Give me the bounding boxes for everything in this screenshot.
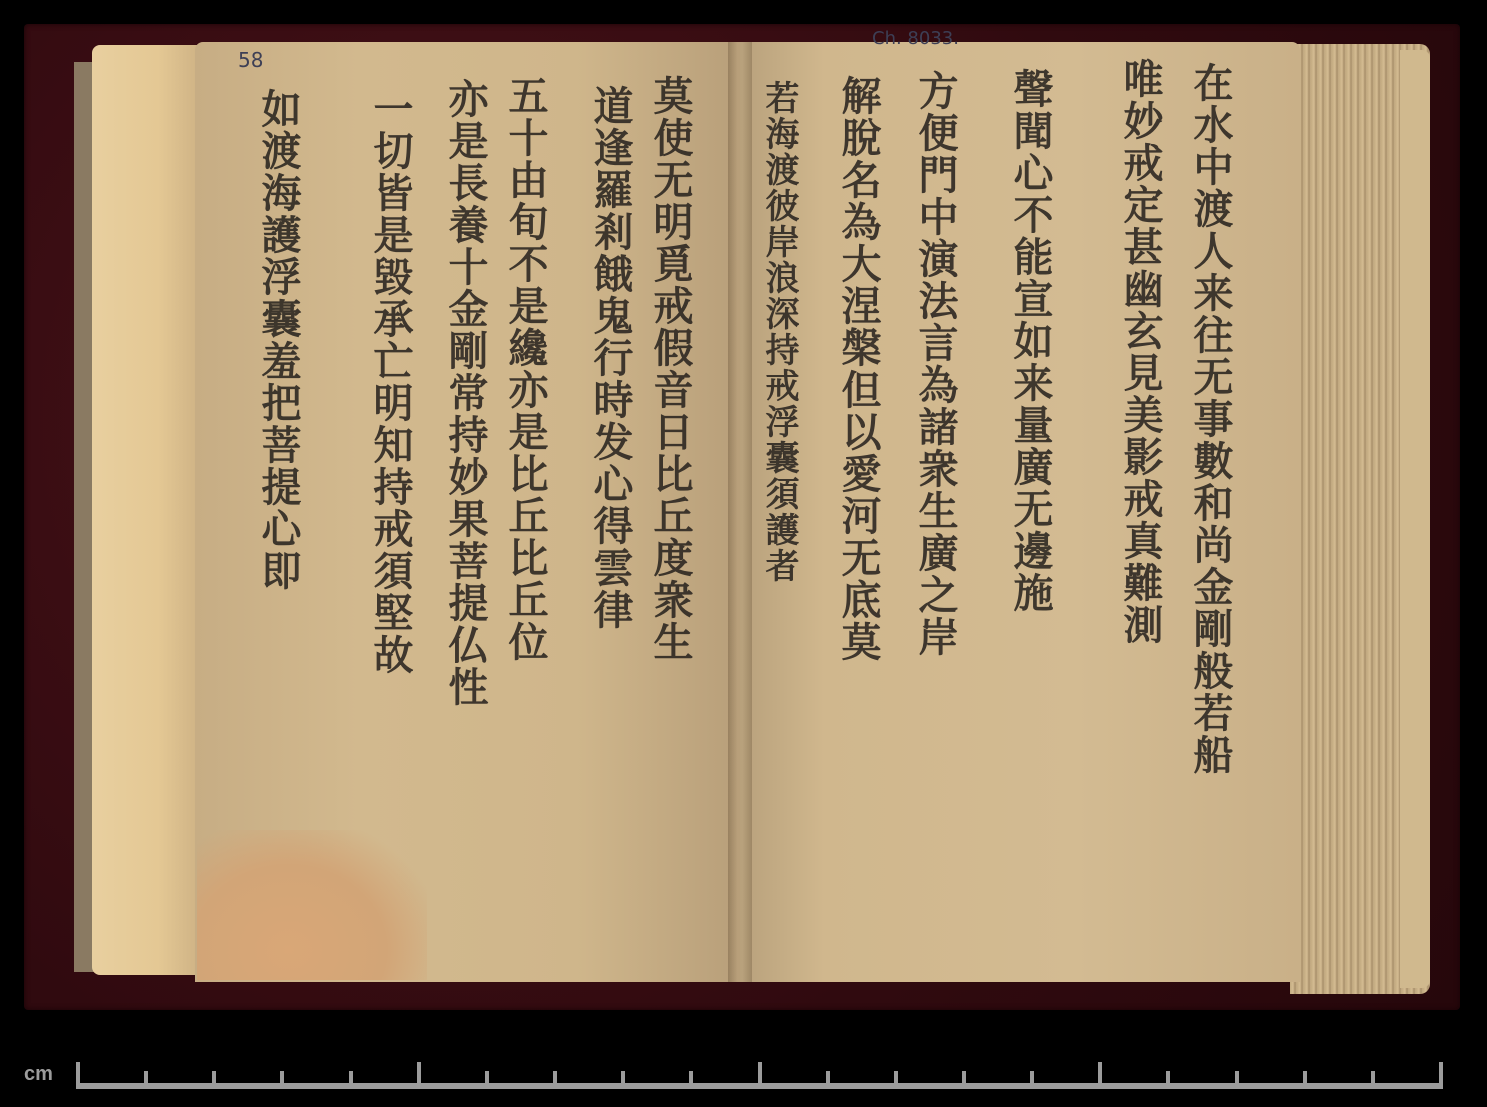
text-column: 若海渡彼岸浪深持戒浮囊須護者 xyxy=(762,80,796,584)
scale-tick xyxy=(894,1071,898,1089)
gutter xyxy=(728,42,752,982)
text-column: 在水中渡人来往无事數和尚金剛般若船 xyxy=(1190,62,1230,776)
scale-tick xyxy=(349,1071,353,1089)
scale-tick xyxy=(485,1071,489,1089)
scale-tick xyxy=(962,1071,966,1089)
scale-tick xyxy=(1303,1071,1307,1089)
text-column: 五十由旬不是纔亦是比丘比丘位 xyxy=(505,75,545,663)
shelfmark: Ch. 8033. xyxy=(872,28,959,49)
page-stack-edge xyxy=(1400,50,1430,988)
text-column: 道逢羅剎餓鬼行時发心得雲律 xyxy=(590,85,630,631)
text-column: 解脫名為大涅槃但以愛河无底莫 xyxy=(838,75,878,663)
scale-tick xyxy=(1166,1071,1170,1089)
scale-tick xyxy=(417,1062,421,1089)
text-column: 唯妙戒定甚幽玄見美影戒真難測 xyxy=(1120,58,1160,646)
scale-tick xyxy=(1371,1071,1375,1089)
scale-tick xyxy=(758,1062,762,1089)
scale-tick xyxy=(1235,1071,1239,1089)
scale-tick xyxy=(1439,1062,1443,1089)
text-column: 莫使无明覓戒假音日比丘度衆生 xyxy=(650,75,690,663)
scale-tick xyxy=(76,1062,80,1089)
scale-tick xyxy=(280,1071,284,1089)
scale-tick xyxy=(621,1071,625,1089)
text-column: 方便門中演法言為諸衆生廣之岸 xyxy=(915,70,955,658)
page-number: 58 xyxy=(238,48,263,72)
scale-tick xyxy=(553,1071,557,1089)
water-stain xyxy=(197,830,427,980)
scale-tick xyxy=(212,1071,216,1089)
text-column: 聲聞心不能宣如来量廣无邊施 xyxy=(1010,68,1050,614)
text-column: 如渡海護浮囊羞把菩提心即 xyxy=(258,88,298,592)
text-column: 一切皆是毀承亡明知持戒須堅故 xyxy=(370,88,410,676)
scale-label: cm xyxy=(24,1063,53,1086)
scale-tick xyxy=(1030,1071,1034,1089)
scale-bar: cm xyxy=(0,1040,1487,1107)
scale-tick xyxy=(144,1071,148,1089)
text-column: 亦是長養十金剛常持妙果菩提仏性 xyxy=(445,78,485,708)
flyleaf xyxy=(92,45,202,975)
scale-tick xyxy=(1098,1062,1102,1089)
scale-tick xyxy=(689,1071,693,1089)
scale-tick xyxy=(826,1071,830,1089)
